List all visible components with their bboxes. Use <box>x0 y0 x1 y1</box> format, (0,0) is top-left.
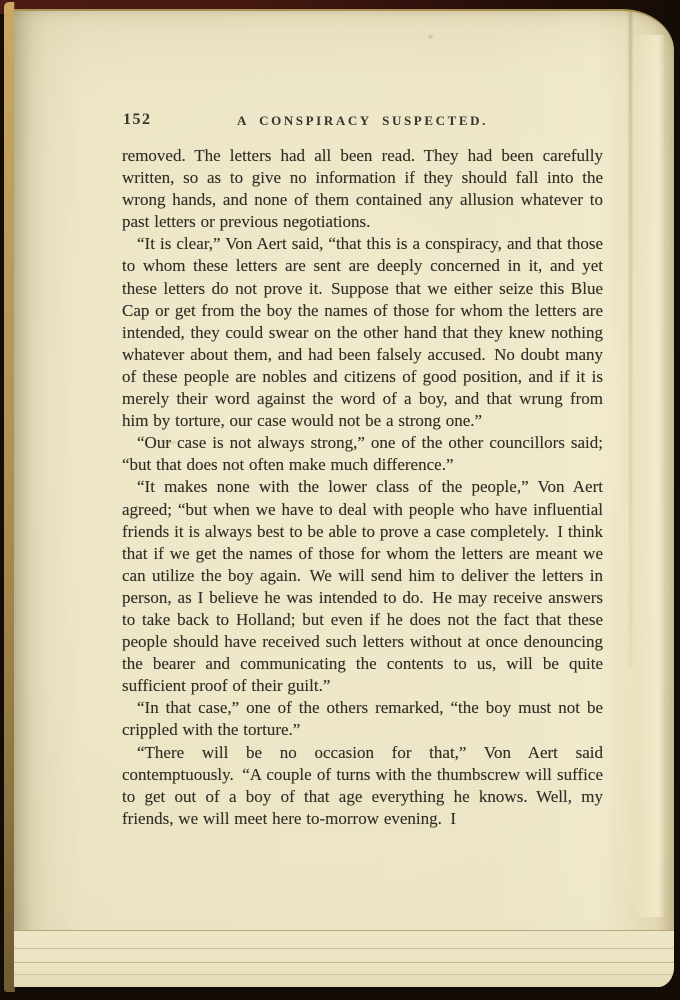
text-column: 152 A CONSPIRACY SUSPECTED. removed. The… <box>122 111 603 830</box>
paragraph: “In that case,” one of the others remark… <box>122 697 603 741</box>
page-body: removed. The letters had all been read. … <box>122 145 603 830</box>
book-scan: 152 A CONSPIRACY SUSPECTED. removed. The… <box>0 0 680 1000</box>
running-header-title: A CONSPIRACY SUSPECTED. <box>122 111 603 129</box>
paragraph: removed. The letters had all been read. … <box>122 145 603 233</box>
page-bottom-edges <box>14 930 674 987</box>
page-edge-line <box>14 974 674 975</box>
book-page: 152 A CONSPIRACY SUSPECTED. removed. The… <box>14 9 674 987</box>
page-edge-line <box>14 962 674 963</box>
page-edge-line <box>14 948 674 949</box>
paragraph: “There will be no occasion for that,” Vo… <box>122 742 603 830</box>
paper-speck <box>428 35 433 39</box>
paragraph: “It makes none with the lower class of t… <box>122 476 603 697</box>
page-crease <box>629 11 632 667</box>
page-curvature-highlight <box>634 35 664 917</box>
running-head: 152 A CONSPIRACY SUSPECTED. <box>122 111 603 132</box>
page-number: 152 <box>123 111 152 129</box>
paragraph: “Our case is not always strong,” one of … <box>122 432 603 476</box>
paragraph: “It is clear,” Von Aert said, “that this… <box>122 233 603 432</box>
